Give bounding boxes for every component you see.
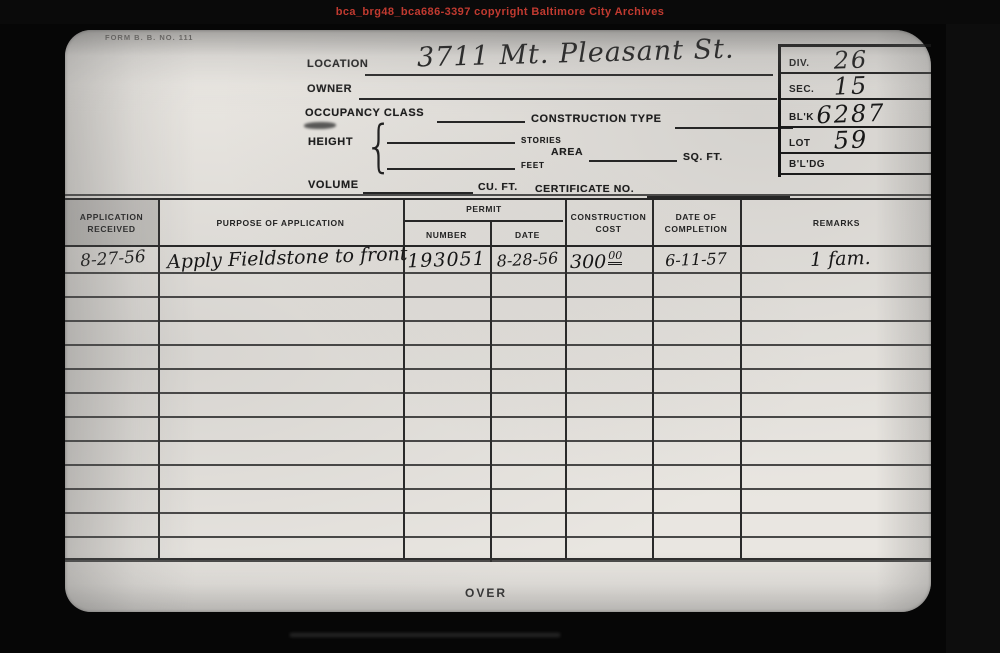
construction-type-label: CONSTRUCTION TYPE — [531, 113, 662, 125]
entry-permit-number: 193051 — [405, 248, 489, 273]
location-label: LOCATION — [307, 58, 368, 70]
table-row-empty — [65, 346, 931, 370]
table-row-empty — [65, 514, 931, 538]
permit-card-scan: FORM B. B. NO. 111 LOCATION 3711 Mt. Ple… — [65, 30, 931, 612]
table-row-empty — [65, 442, 931, 466]
area-writing-line — [589, 160, 677, 162]
parcel-row-sec: SEC. 15 — [781, 74, 931, 100]
header-permit-date: DATE — [492, 224, 563, 247]
occupancy-writing-line — [437, 121, 525, 123]
form-number: FORM B. B. NO. 111 — [105, 33, 193, 42]
stories-writing-line — [387, 142, 515, 144]
archive-caption-bar: bca_brg48_bca686-3397 copyright Baltimor… — [0, 0, 1000, 24]
table-row-empty — [65, 538, 931, 562]
header-construction-cost: CONSTRUCTION COST — [567, 200, 650, 247]
entry-permit-date: 8-28-56 — [492, 248, 564, 271]
location-value-handwritten: 3711 Mt. Pleasant St. — [417, 34, 735, 74]
cu-ft-label: CU. FT. — [478, 181, 518, 193]
feet-label: FEET — [521, 161, 545, 170]
header-permit: PERMIT — [405, 200, 563, 222]
stories-label: STORIES — [521, 136, 562, 145]
header-permit-number: NUMBER — [405, 224, 488, 247]
sq-ft-label: SQ. FT. — [683, 151, 723, 163]
location-writing-line — [365, 74, 773, 76]
table-row-entry-1: 8-27-56 Apply Fieldstone to front 193051… — [65, 247, 931, 274]
table-row-empty — [65, 274, 931, 298]
header-application-received: APPLICATION RECEIVED — [65, 200, 158, 247]
table-row-empty — [65, 418, 931, 442]
table-row-empty — [65, 394, 931, 418]
owner-label: OWNER — [307, 83, 352, 95]
permit-history-table: APPLICATION RECEIVED PURPOSE OF APPLICAT… — [65, 198, 931, 560]
table-header-row: APPLICATION RECEIVED PURPOSE OF APPLICAT… — [65, 200, 931, 247]
entry-remarks: 1 fam. — [810, 247, 871, 271]
cost-dollars: 300 — [570, 251, 606, 273]
table-row-empty — [65, 370, 931, 394]
scan-edge-band — [946, 24, 1000, 653]
table-row-empty — [65, 466, 931, 490]
table-row-empty — [65, 298, 931, 322]
parcel-row-lot: LOT 59 — [781, 128, 931, 154]
over-label: OVER — [465, 586, 507, 600]
archive-caption-text: bca_brg48_bca686-3397 copyright Baltimor… — [336, 6, 665, 18]
bldg-label: B'L'DG — [789, 159, 825, 170]
table-row-empty — [65, 490, 931, 514]
entry-construction-cost: 30000 — [570, 249, 622, 273]
scan-artifact-streak — [290, 633, 560, 637]
parcel-row-bldg: B'L'DG — [781, 154, 931, 175]
entry-completion-date: 6-11-57 — [654, 249, 739, 271]
area-label: AREA — [551, 146, 583, 158]
lot-value-handwritten: 59 — [781, 124, 922, 157]
construction-type-writing-line — [675, 127, 793, 129]
ink-smudge — [304, 122, 336, 129]
feet-writing-line — [387, 168, 515, 170]
entry-received-date: 8-27-56 — [68, 246, 157, 272]
header-purpose-of-application: PURPOSE OF APPLICATION — [160, 200, 401, 247]
entry-purpose: Apply Fieldstone to front — [167, 243, 408, 273]
table-row-empty — [65, 322, 931, 346]
header-remarks: REMARKS — [742, 200, 931, 247]
owner-writing-line — [359, 98, 777, 100]
cost-cents-superscript: 00 — [608, 249, 622, 265]
parcel-info-box: DIV. 26 SEC. 15 BL'K 6287 LOT 59 B'L'DG — [778, 44, 931, 177]
header-date-of-completion: DATE OF COMPLETION — [654, 200, 738, 247]
volume-label: VOLUME — [308, 179, 359, 191]
height-label: HEIGHT — [308, 136, 353, 148]
